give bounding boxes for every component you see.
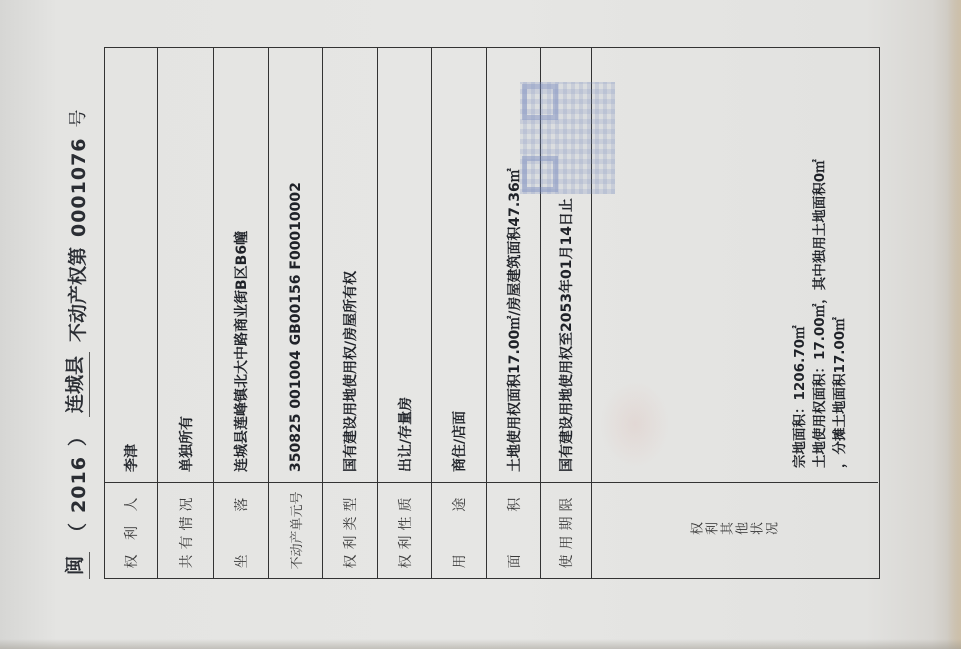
value-ownership: 单独所有 <box>158 48 213 482</box>
county: 连城县 <box>60 352 90 417</box>
value-rights-holder: 李津 <box>105 48 157 482</box>
other-line-3: ，分摊土地面积17.00㎡ <box>830 159 850 468</box>
label-unit-number: 不动产单元号 <box>269 482 322 578</box>
label-right-nature: 权利性质 <box>378 482 431 578</box>
table-row-right-type: 权利类型 国有建设用地使用权/房屋所有权 <box>323 48 378 578</box>
other-details: 宗地面积：1206.70㎡ 土地使用权面积：17.00㎡，其中独用土地面积0㎡ … <box>790 159 850 468</box>
cert-type: 不动产权第 <box>63 247 90 342</box>
label-right-type: 权利类型 <box>323 482 377 578</box>
open-paren: （ <box>63 523 90 542</box>
label-other-cell: 权利其他状况 <box>592 482 878 578</box>
table-row-location: 坐 落 连城县莲峰镇北大中路商业街B区B6幢 <box>214 48 269 578</box>
rights-table: 权 利 人 李津 共有情况 单独所有 坐 落 连城县莲峰镇北大中路商业街B区B6… <box>104 47 880 579</box>
year: 2016 <box>68 456 90 513</box>
value-unit-number: 350825 001004 GB00156 F00010002 <box>269 48 322 482</box>
table-row-usage: 用 途 商住/店面 <box>432 48 487 578</box>
label-location: 坐 落 <box>214 482 268 578</box>
close-paren: ） <box>63 427 90 446</box>
cert-number: 0001076 <box>68 137 90 237</box>
value-usage: 商住/店面 <box>432 48 486 482</box>
qr-code-stamp <box>520 82 615 194</box>
label-ownership: 共有情况 <box>158 482 213 578</box>
faint-seal-stamp <box>600 379 670 469</box>
value-location: 连城县莲峰镇北大中路商业街B区B6幢 <box>214 48 268 482</box>
certificate-page: 闽 （ 2016 ） 连城县 不动产权第 0001076 号 权 利 人 李津 … <box>0 0 961 649</box>
province-abbr: 闽 <box>60 552 90 579</box>
value-right-nature: 出让/存量房 <box>378 48 431 482</box>
other-line-2: 土地使用权面积：17.00㎡，其中独用土地面积0㎡ <box>810 159 830 468</box>
label-other: 权利其他状况 <box>690 521 780 540</box>
label-usage: 用 途 <box>432 482 486 578</box>
label-term: 使用期限 <box>541 482 591 578</box>
table-row-unit-number: 不动产单元号 350825 001004 GB00156 F00010002 <box>269 48 323 578</box>
table-row-holder: 权 利 人 李津 <box>105 48 158 578</box>
cert-suffix: 号 <box>64 109 90 127</box>
table-row-ownership: 共有情况 单独所有 <box>158 48 214 578</box>
label-rights-holder: 权 利 人 <box>105 482 157 578</box>
other-line-1: 宗地面积：1206.70㎡ <box>790 159 810 468</box>
table-row-other: 权利其他状况 宗地面积：1206.70㎡ 土地使用权面积：17.00㎡，其中独用… <box>592 48 878 578</box>
table-row-right-nature: 权利性质 出让/存量房 <box>378 48 432 578</box>
certificate-header: 闽 （ 2016 ） 连城县 不动产权第 0001076 号 <box>50 19 90 579</box>
label-area: 面 积 <box>487 482 540 578</box>
value-right-type: 国有建设用地使用权/房屋所有权 <box>323 48 377 482</box>
